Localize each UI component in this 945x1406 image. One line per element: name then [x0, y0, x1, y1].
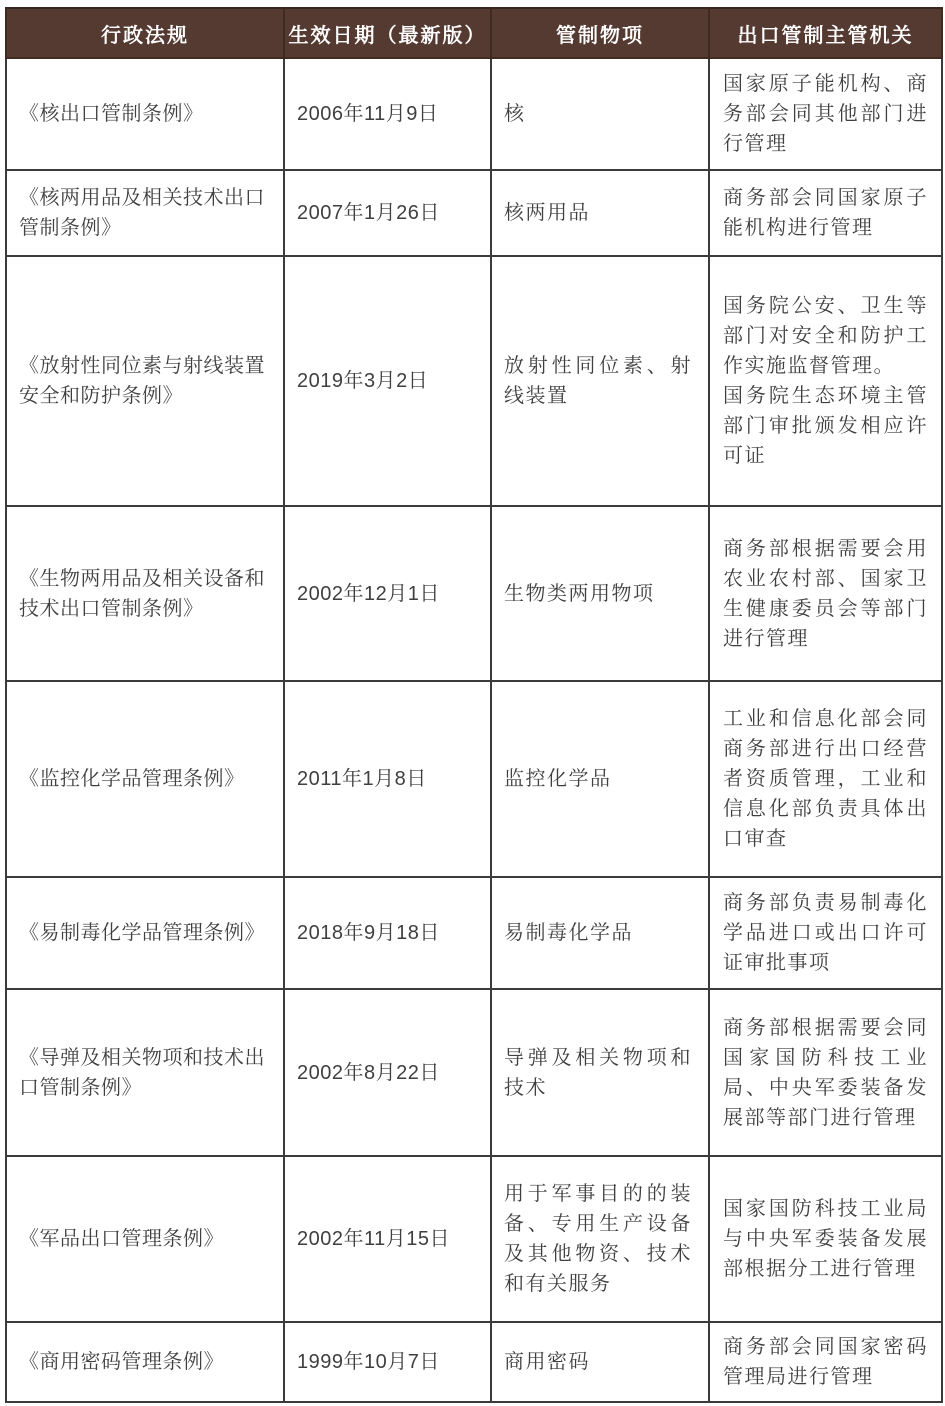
- cell-law: 《核出口管制条例》: [6, 58, 284, 170]
- cell-items: 商用密码: [491, 1322, 709, 1402]
- cell-law: 《生物两用品及相关设备和技术出口管制条例》: [6, 506, 284, 681]
- cell-date: 2018年9月18日: [284, 877, 491, 989]
- cell-date: 1999年10月7日: [284, 1322, 491, 1402]
- cell-law: 《核两用品及相关技术出口管制条例》: [6, 170, 284, 256]
- col-header-date: 生效日期（最新版）: [284, 8, 491, 58]
- table-row: 《核出口管制条例》 2006年11月9日 核 国家原子能机构、商务部会同其他部门…: [6, 58, 942, 170]
- cell-authority: 国务院公安、卫生等部门对安全和防护工作实施监督管理。 国务院生态环境主管部门审批…: [709, 256, 942, 506]
- table-row: 《核两用品及相关技术出口管制条例》 2007年1月26日 核两用品 商务部会同国…: [6, 170, 942, 256]
- header-row: 行政法规 生效日期（最新版） 管制物项 出口管制主管机关: [6, 8, 942, 58]
- cell-items: 核两用品: [491, 170, 709, 256]
- cell-items: 导弹及相关物项和技术: [491, 989, 709, 1156]
- cell-authority: 国家原子能机构、商务部会同其他部门进行管理: [709, 58, 942, 170]
- cell-date: 2011年1月8日: [284, 681, 491, 877]
- cell-items: 监控化学品: [491, 681, 709, 877]
- cell-law: 《商用密码管理条例》: [6, 1322, 284, 1402]
- table-row: 《生物两用品及相关设备和技术出口管制条例》 2002年12月1日 生物类两用物项…: [6, 506, 942, 681]
- cell-authority: 商务部根据需要会同国家国防科技工业局、中央军委装备发展部等部门进行管理: [709, 989, 942, 1156]
- table-row: 《监控化学品管理条例》 2011年1月8日 监控化学品 工业和信息化部会同商务部…: [6, 681, 942, 877]
- cell-authority: 工业和信息化部会同商务部进行出口经营者资质管理，工业和信息化部负责具体出口审查: [709, 681, 942, 877]
- cell-items: 用于军事目的的装备、专用生产设备及其他物资、技术和有关服务: [491, 1156, 709, 1322]
- page: 行政法规 生效日期（最新版） 管制物项 出口管制主管机关 《核出口管制条例》 2…: [0, 0, 945, 1406]
- col-header-items: 管制物项: [491, 8, 709, 58]
- cell-items: 易制毒化学品: [491, 877, 709, 989]
- table-body: 《核出口管制条例》 2006年11月9日 核 国家原子能机构、商务部会同其他部门…: [6, 58, 942, 1402]
- table-row: 《易制毒化学品管理条例》 2018年9月18日 易制毒化学品 商务部负责易制毒化…: [6, 877, 942, 989]
- cell-date: 2002年8月22日: [284, 989, 491, 1156]
- cell-law: 《放射性同位素与射线装置安全和防护条例》: [6, 256, 284, 506]
- cell-law: 《军品出口管理条例》: [6, 1156, 284, 1322]
- cell-date: 2007年1月26日: [284, 170, 491, 256]
- table-header: 行政法规 生效日期（最新版） 管制物项 出口管制主管机关: [6, 8, 942, 58]
- cell-law: 《监控化学品管理条例》: [6, 681, 284, 877]
- regulations-table: 行政法规 生效日期（最新版） 管制物项 出口管制主管机关 《核出口管制条例》 2…: [5, 7, 943, 1403]
- cell-items: 生物类两用物项: [491, 506, 709, 681]
- table-row: 《放射性同位素与射线装置安全和防护条例》 2019年3月2日 放射性同位素、射线…: [6, 256, 942, 506]
- table-row: 《商用密码管理条例》 1999年10月7日 商用密码 商务部会同国家密码管理局进…: [6, 1322, 942, 1402]
- cell-date: 2019年3月2日: [284, 256, 491, 506]
- cell-law: 《易制毒化学品管理条例》: [6, 877, 284, 989]
- cell-authority: 商务部根据需要会用农业农村部、国家卫生健康委员会等部门进行管理: [709, 506, 942, 681]
- table-row: 《军品出口管理条例》 2002年11月15日 用于军事目的的装备、专用生产设备及…: [6, 1156, 942, 1322]
- cell-authority: 商务部会同国家密码管理局进行管理: [709, 1322, 942, 1402]
- col-header-authority: 出口管制主管机关: [709, 8, 942, 58]
- cell-date: 2006年11月9日: [284, 58, 491, 170]
- cell-items: 放射性同位素、射线装置: [491, 256, 709, 506]
- cell-law: 《导弹及相关物项和技术出口管制条例》: [6, 989, 284, 1156]
- table-row: 《导弹及相关物项和技术出口管制条例》 2002年8月22日 导弹及相关物项和技术…: [6, 989, 942, 1156]
- cell-authority: 商务部会同国家原子能机构进行管理: [709, 170, 942, 256]
- cell-date: 2002年12月1日: [284, 506, 491, 681]
- cell-authority: 国家国防科技工业局与中央军委装备发展部根据分工进行管理: [709, 1156, 942, 1322]
- cell-date: 2002年11月15日: [284, 1156, 491, 1322]
- cell-items: 核: [491, 58, 709, 170]
- col-header-law: 行政法规: [6, 8, 284, 58]
- cell-authority: 商务部负责易制毒化学品进口或出口许可证审批事项: [709, 877, 942, 989]
